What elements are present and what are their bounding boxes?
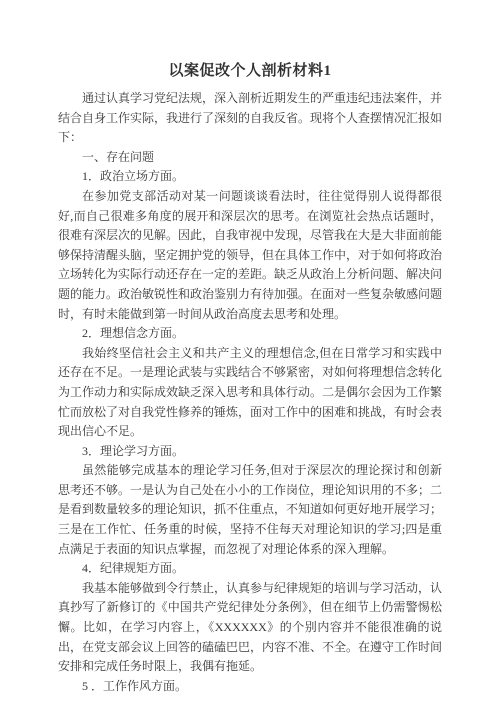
section-heading: 2．理想信念方面。: [58, 324, 442, 344]
body-paragraph: 我基本能够做到令行禁止，认真参与纪律规矩的培训与学习活动，认真抄写了新修订的《中…: [58, 579, 442, 677]
section-heading: 5 ．工作作风方面。: [58, 677, 442, 697]
section-heading: 4．纪律规矩方面。: [58, 559, 442, 579]
document-body: 通过认真学习党纪法规，深入剖析近期发生的严重违纪违法案件，并结合自身工作实际，我…: [58, 89, 442, 696]
document-title: 以案促改个人剖析材料1: [58, 60, 442, 83]
body-paragraph: 虽然能够完成基本的理论学习任务,但对于深层次的理论探讨和创新思考还不够。一是认为…: [58, 461, 442, 559]
body-paragraph: 我始终坚信社会主义和共产主义的理想信念,但在日常学习和实践中还存在不足。一是理论…: [58, 344, 442, 442]
body-paragraph: 通过认真学习党纪法规，深入剖析近期发生的严重违纪违法案件，并结合自身工作实际，我…: [58, 89, 442, 148]
document-page: 以案促改个人剖析材料1 通过认真学习党纪法规，深入剖析近期发生的严重违纪违法案件…: [0, 0, 500, 707]
section-heading: 1．政治立场方面。: [58, 167, 442, 187]
section-heading: 3．理论学习方面。: [58, 442, 442, 462]
section-heading: 一、存在问题: [58, 148, 442, 168]
body-paragraph: 在参加党支部活动对某一问题谈谈看法时，往往觉得别人说得都很好,而自己很难多角度的…: [58, 187, 442, 324]
